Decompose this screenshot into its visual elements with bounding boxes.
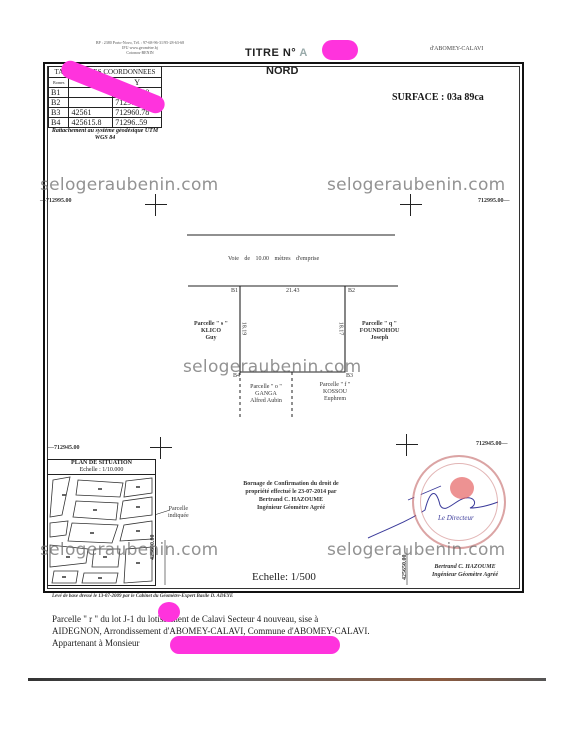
dimension-top: 21.43 [286, 288, 300, 295]
watermark: selogeraubenin.com [327, 175, 506, 195]
description-line: Parcelle " r " du lot J-1 du lotissement… [52, 613, 370, 625]
scale-label: Echelle: 1/500 [252, 571, 316, 583]
neighbour-line: Parcelle " s " [186, 321, 236, 328]
parcel-pointer-label: Parcelle indiquée [168, 506, 189, 520]
situation-title: PLAN DE SITUATION [48, 460, 155, 467]
stamp-text: Le Directeur [438, 514, 474, 522]
bornage-line: Ingénieur Géomètre Agréé [224, 504, 358, 512]
pointer-line: Parcelle [168, 506, 189, 513]
redaction-mark [158, 602, 180, 622]
watermark: selogeraubenin.com [40, 175, 219, 195]
dimension-right: 18.17 [336, 322, 343, 336]
neighbour-parcel-bottom-left: Parcelle " o " GANGA Alfred Aubin [241, 384, 291, 405]
neighbour-line: KLICO [186, 328, 236, 335]
signatory-name: Bertrand C. HAZOUME [420, 563, 510, 571]
stamp-emblem [450, 477, 474, 499]
neighbour-line: Parcelle " q " [352, 321, 407, 328]
road-label: Voie de 10.00 mètres d'emprise [228, 256, 319, 262]
neighbour-line: Joseph [352, 335, 407, 342]
bornage-line: propriété effectué le 23-07-2014 par [224, 488, 358, 496]
borne-b1-label: B1 [231, 288, 238, 295]
neighbour-line: Guy [186, 335, 236, 342]
neighbour-parcel-right: Parcelle " q " FOUNDOHOU Joseph [352, 321, 407, 342]
watermark: selogeraubenin.com [183, 357, 362, 377]
situation-plan: PLAN DE SITUATION Echelle : 1/10.000 [47, 459, 156, 586]
watermark: selogeraubenin.com [40, 540, 219, 560]
bornage-note: Bornage de Confirmation du droit de prop… [224, 480, 358, 512]
signatory-title: Ingénieur Géomètre Agréé [420, 571, 510, 579]
neighbour-line: Alfred Aubin [241, 398, 291, 405]
neighbour-line: Parcelle " o " [241, 384, 291, 391]
situation-plan-title: PLAN DE SITUATION Echelle : 1/10.000 [48, 460, 155, 475]
bornage-line: Bornage de Confirmation du droit de [224, 480, 358, 488]
neighbour-parcel-left: Parcelle " s " KLICO Guy [186, 321, 236, 342]
neighbour-line: GANGA [241, 391, 291, 398]
bornage-line: Bertrand C. HAZOUME [224, 496, 358, 504]
redaction-mark [170, 636, 340, 654]
signatory: Bertrand C. HAZOUME Ingénieur Géomètre A… [420, 563, 510, 579]
borne-b2-label: B2 [348, 288, 355, 295]
page-edge [28, 678, 546, 681]
neighbour-line: Parcelle " f " [310, 382, 360, 389]
neighbour-parcel-bottom-right: Parcelle " f " KOSSOU Euphrem [310, 382, 360, 403]
situation-scale: Echelle : 1/10.000 [48, 467, 155, 474]
neighbour-line: FOUNDOHOU [352, 328, 407, 335]
official-stamp-icon: Le Directeur [412, 455, 506, 549]
pointer-line: indiquée [168, 513, 189, 520]
dimension-left: 18.19 [239, 322, 246, 336]
neighbour-line: Euphrem [310, 396, 360, 403]
neighbour-line: KOSSOU [310, 389, 360, 396]
situation-map [48, 475, 155, 585]
watermark: selogeraubenin.com [327, 540, 506, 560]
survey-note: Levé de base dressé le 13-07-2009 par le… [52, 594, 233, 599]
